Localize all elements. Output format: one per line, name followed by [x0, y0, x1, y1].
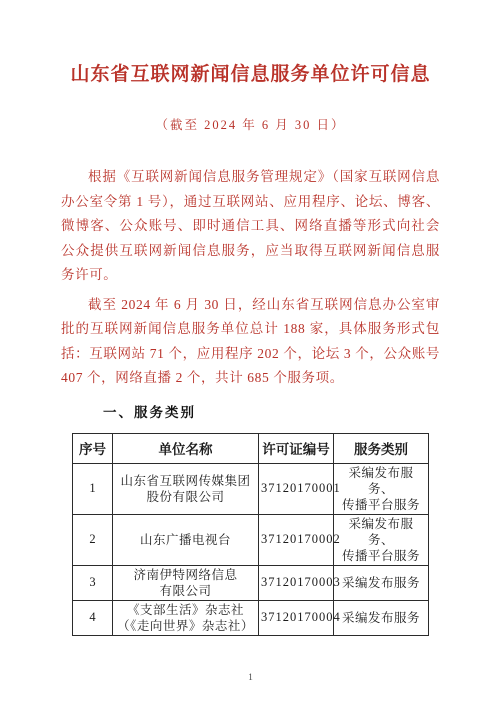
cell-index: 4	[73, 600, 113, 635]
cell-index: 3	[73, 565, 113, 600]
cell-service-types: 采编发布服务、 传播平台服务	[334, 514, 429, 565]
cell-index: 1	[73, 463, 113, 514]
cell-unit-name: 济南伊特网络信息 有限公司	[113, 565, 259, 600]
cell-unit-name: 山东广播电视台	[113, 514, 259, 565]
license-table: 序号 单位名称 许可证编号 服务类别 1 山东省互联网传媒集团 股份有限公司 3…	[72, 433, 429, 636]
cell-license-number: 37120170001	[259, 463, 334, 514]
paragraph-regulation: 根据《互联网新闻信息服务管理规定》（国家互联网信息办公室令第 1 号），通过互联…	[61, 165, 440, 288]
col-header-license-number: 许可证编号	[259, 433, 334, 463]
page-number: 1	[61, 673, 440, 683]
table-row: 1 山东省互联网传媒集团 股份有限公司 37120170001 采编发布服务、 …	[73, 463, 429, 514]
table-row: 2 山东广播电视台 37120170002 采编发布服务、 传播平台服务	[73, 514, 429, 565]
cell-unit-name: 山东省互联网传媒集团 股份有限公司	[113, 463, 259, 514]
cell-unit-name: 《支部生活》杂志社 （《走向世界》杂志社）	[113, 600, 259, 635]
paragraph-statistics: 截至 2024 年 6 月 30 日，经山东省互联网信息办公室审批的互联网新闻信…	[61, 293, 440, 391]
col-header-service-type: 服务类别	[334, 433, 429, 463]
col-header-unit-name: 单位名称	[113, 433, 259, 463]
cell-service-types: 采编发布服务	[334, 600, 429, 635]
cell-service-types: 采编发布服务、 传播平台服务	[334, 463, 429, 514]
page-title: 山东省互联网新闻信息服务单位许可信息	[61, 62, 440, 88]
cell-license-number: 37120170004	[259, 600, 334, 635]
table-header-row: 序号 单位名称 许可证编号 服务类别	[73, 433, 429, 463]
document-page: 山东省互联网新闻信息服务单位许可信息 （截至 2024 年 6 月 30 日） …	[0, 0, 500, 707]
cell-license-number: 37120170003	[259, 565, 334, 600]
cell-service-types: 采编发布服务	[334, 565, 429, 600]
cell-index: 2	[73, 514, 113, 565]
as-of-date: （截至 2024 年 6 月 30 日）	[61, 118, 440, 133]
table-row: 4 《支部生活》杂志社 （《走向世界》杂志社） 37120170004 采编发布…	[73, 600, 429, 635]
col-header-index: 序号	[73, 433, 113, 463]
table-row: 3 济南伊特网络信息 有限公司 37120170003 采编发布服务	[73, 565, 429, 600]
section-heading: 一、服务类别	[103, 404, 440, 422]
cell-license-number: 37120170002	[259, 514, 334, 565]
